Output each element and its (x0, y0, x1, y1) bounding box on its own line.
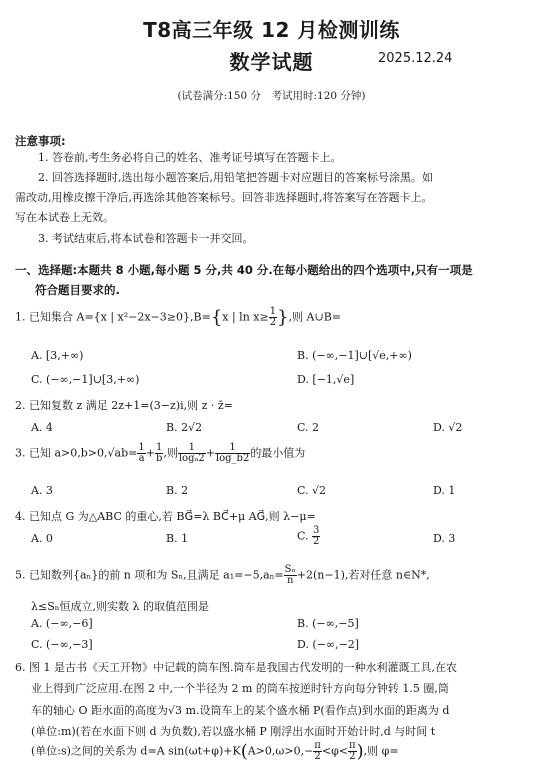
q1-option-c[interactable]: C. (−∞,−1]∪[3,+∞) (31, 373, 139, 386)
q5-option-c[interactable]: C. (−∞,−3] (31, 638, 93, 651)
question-2: 2. 已知复数 z 满足 2z+1=(3−z)i,则 z · z̄= (15, 397, 233, 413)
notice-item-3: 3. 考试结束后,将本试卷和答题卡一并交回。 (38, 231, 254, 246)
notice-heading: 注意事项: (15, 133, 66, 149)
section-heading: 一、选择题:本题共 8 小题,每小题 5 分,共 40 分.在每小题给出的四个选… (15, 262, 473, 278)
section-heading-cont: 符合题目要求的. (35, 282, 120, 298)
q3-option-c[interactable]: C. √2 (297, 484, 326, 497)
question-6-line-5: (单位:s)之间的关系为 d=A sin(ωt+φ)+K(A>0,ω>0,−π2… (31, 741, 399, 762)
question-3: 3. 已知 a>0,b>0,√ab=1a+1b,则1logₐ2+1log_b2的… (15, 443, 305, 464)
exam-subject-title: 数学试题 (0, 46, 543, 75)
notice-item-2-cont: 需改动,用橡皮擦干净后,再选涂其他答案标号。回答非选择题时,将答案写在答题卡上。 (15, 190, 433, 205)
q3-option-a[interactable]: A. 3 (31, 484, 53, 497)
q4-option-d[interactable]: D. 3 (433, 532, 455, 545)
question-5: 5. 已知数列{aₙ}的前 n 项和为 Sₙ,且满足 a₁=−5,aₙ=Sₙn+… (15, 565, 430, 586)
q1-option-d[interactable]: D. [−1,√e] (297, 373, 354, 386)
q2-option-a[interactable]: A. 4 (31, 421, 53, 434)
q5-option-b[interactable]: B. (−∞,−5] (297, 617, 359, 630)
question-6: 6. 图 1 是古书《天工开物》中记载的筒车图.筒车是我国古代发明的一种水利灌溉… (15, 659, 457, 675)
q2-option-b[interactable]: B. 2√2 (166, 421, 202, 434)
question-1: 1. 已知集合 A={x | x²−2x−3≥0},B={x | ln x≥12… (15, 307, 341, 328)
q3-option-d[interactable]: D. 1 (433, 484, 455, 497)
notice-item-2-end: 写在本试卷上无效。 (15, 210, 114, 225)
notice-item-1: 1. 答卷前,考生务必将自己的姓名、准考证号填写在答题卡上。 (38, 150, 342, 165)
q1-option-a[interactable]: A. [3,+∞) (31, 349, 83, 362)
q4-option-b[interactable]: B. 1 (166, 532, 188, 545)
q2-option-d[interactable]: D. √2 (433, 421, 462, 434)
q3-option-b[interactable]: B. 2 (166, 484, 188, 497)
question-6-line-2: 业上得到广泛应用.在图 2 中,一个半径为 2 m 的筒车按逆时针方向每分钟转 … (31, 680, 449, 696)
question-6-line-3: 车的轴心 O 距水面的高度为√3 m.设筒车上的某个盛水桶 P(看作点)到水面的… (31, 702, 449, 718)
q1-option-b[interactable]: B. (−∞,−1]∪[√e,+∞) (297, 349, 412, 362)
q5-option-a[interactable]: A. (−∞,−6] (31, 617, 93, 630)
question-5-cont: λ≤Sₙ恒成立,则实数 λ 的取值范围是 (31, 598, 209, 614)
question-4: 4. 已知点 G 为△ABC 的重心,若 BG⃗=λ BC⃗+μ AG⃗,则 λ… (15, 508, 316, 524)
q5-option-d[interactable]: D. (−∞,−2] (297, 638, 359, 651)
question-6-line-4: (单位:m)(若在水面下则 d 为负数),若以盛水桶 P 刚浮出水面时开始计时,… (31, 723, 435, 739)
exam-date: 2025.12.24 (378, 51, 452, 66)
exam-meta: (试卷满分:150 分 考试用时:120 分钟) (0, 88, 543, 103)
notice-item-2: 2. 回答选择题时,选出每小题答案后,用铅笔把答题卡对应题目的答案标号涂黑。如 (38, 170, 433, 185)
q4-option-c[interactable]: C. 32 (297, 526, 320, 547)
q4-option-a[interactable]: A. 0 (31, 532, 53, 545)
exam-title: T8高三年级 12 月检测训练 (0, 14, 543, 43)
q2-option-c[interactable]: C. 2 (297, 421, 319, 434)
